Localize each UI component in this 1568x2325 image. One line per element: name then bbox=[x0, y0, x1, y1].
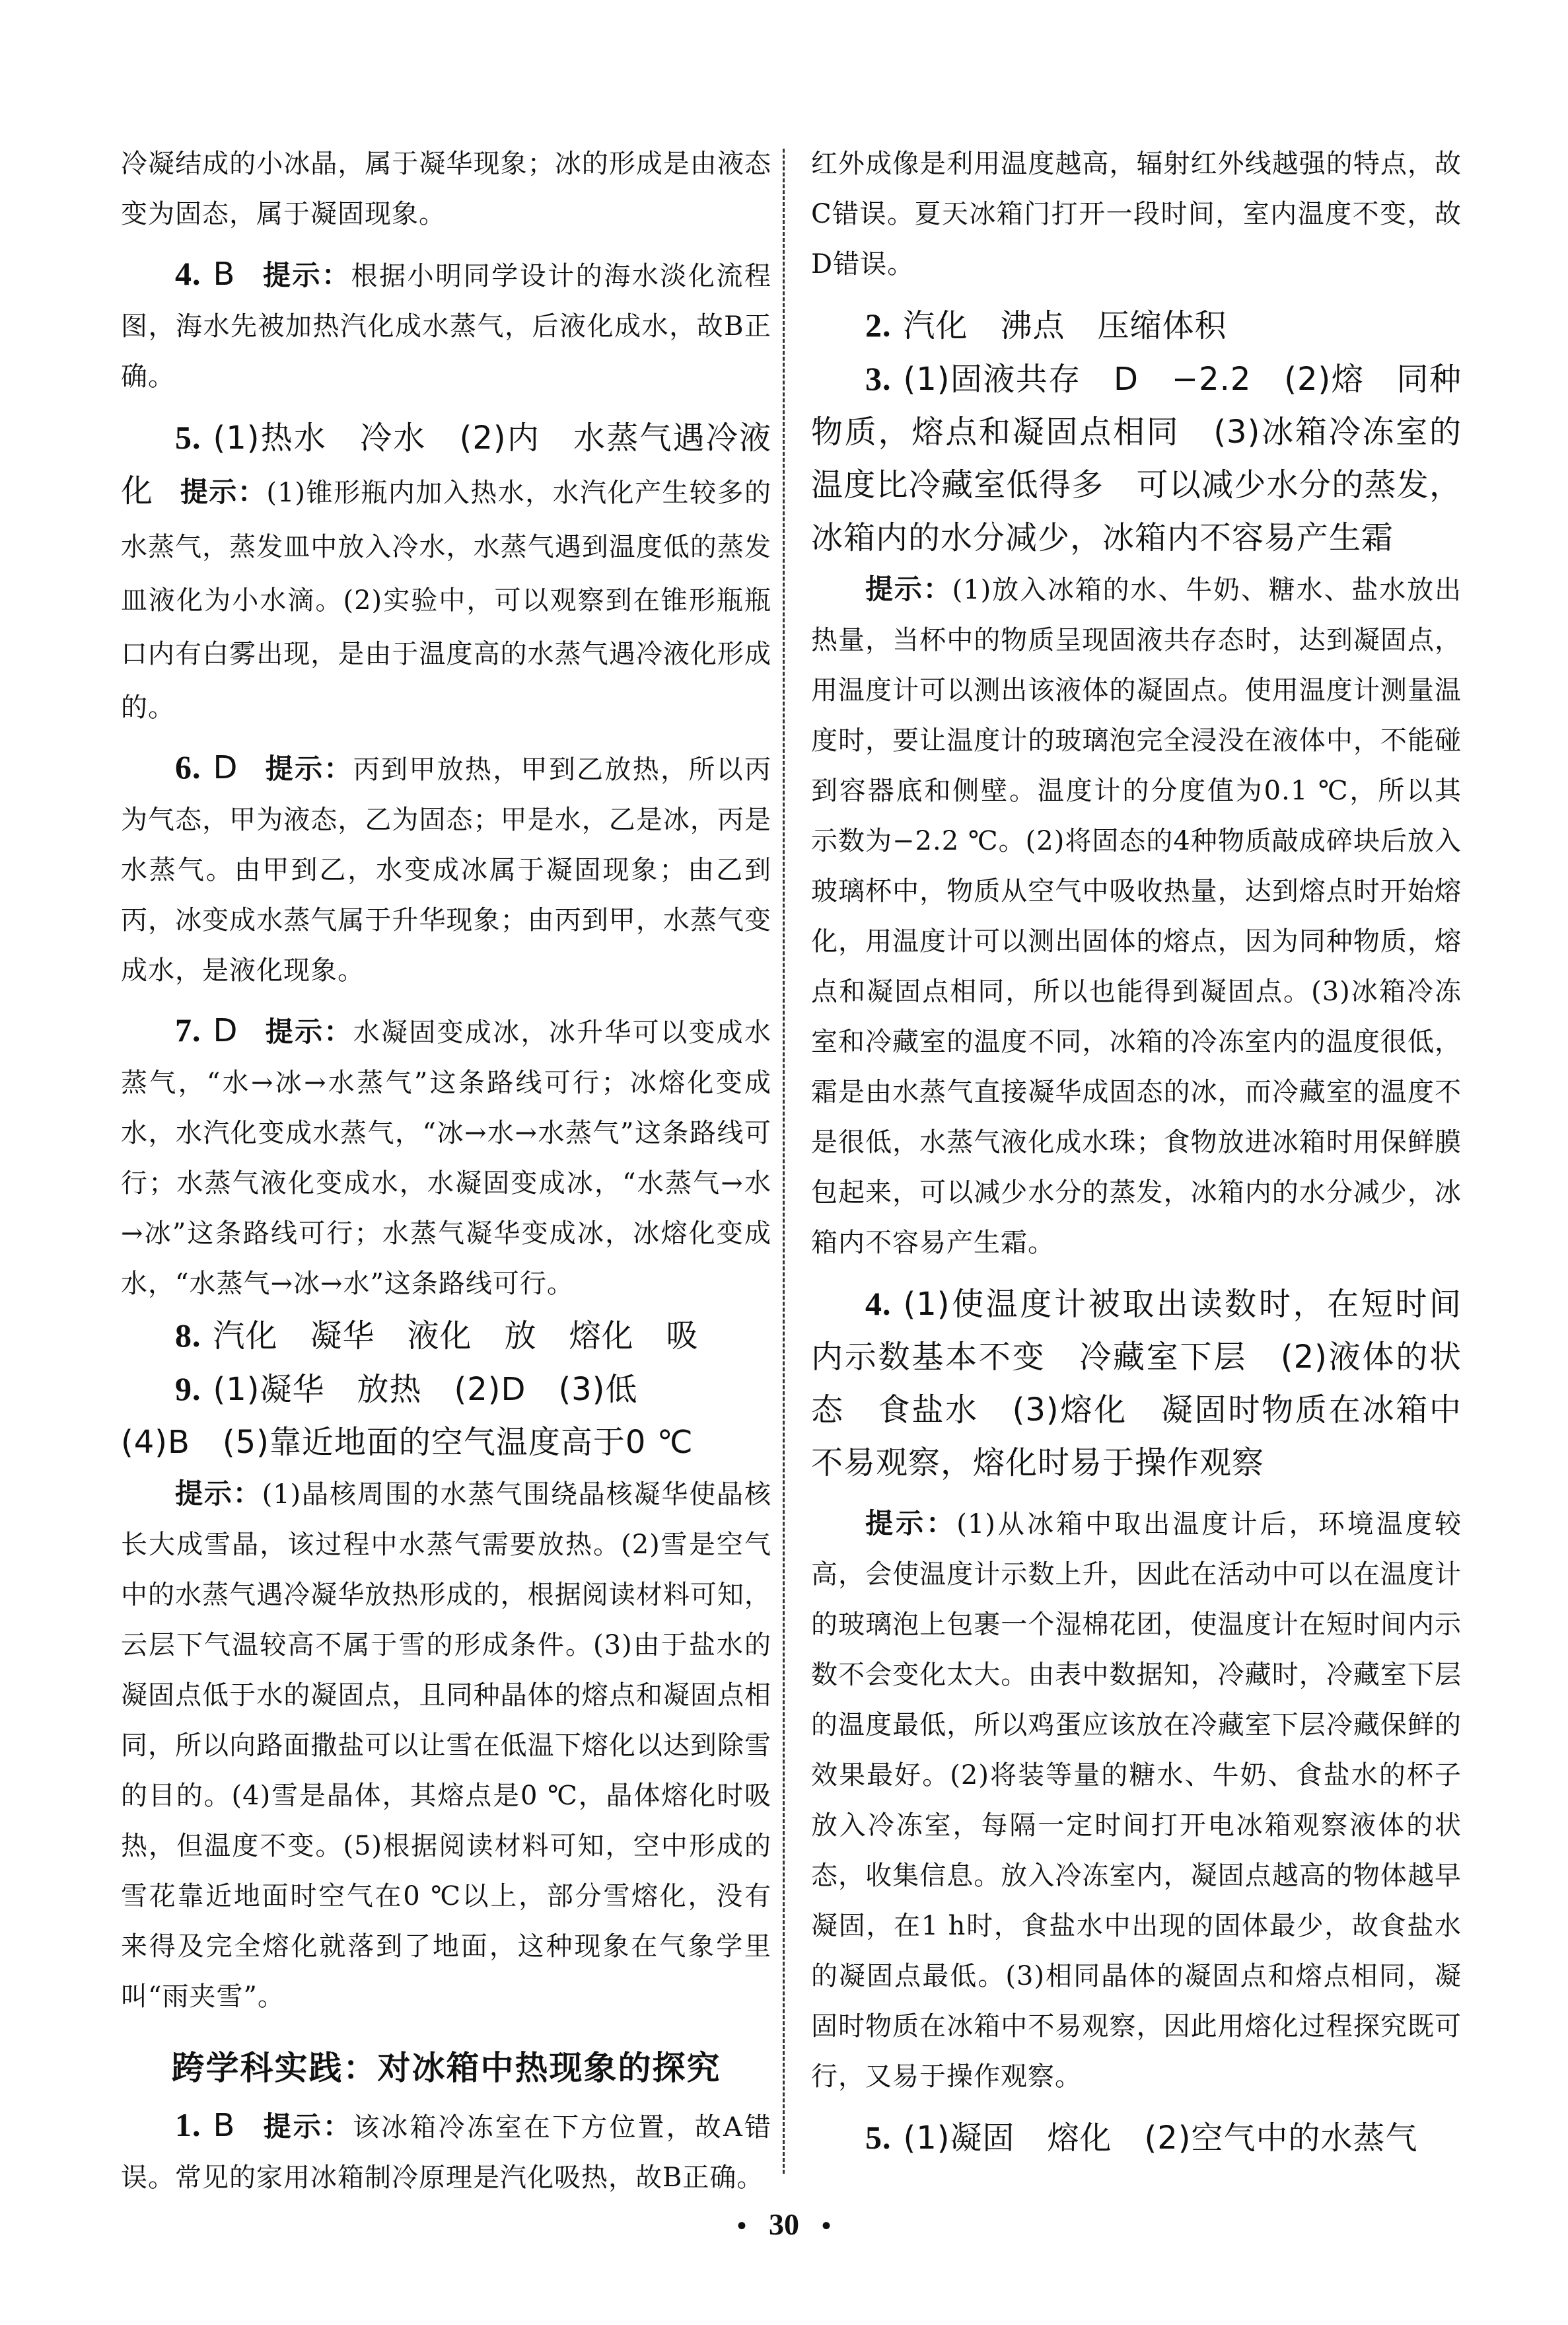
q4-block: 4.B提示：根据小明同学设计的海水淡化流程图，海水先被加热汽化成水蒸气，后液化成… bbox=[121, 248, 771, 402]
q6-answer: D bbox=[213, 749, 238, 786]
q7-hint-label: 提示： bbox=[264, 1015, 353, 1048]
s2-block: 2.汽化 沸点 压缩体积 bbox=[811, 299, 1462, 352]
s4-hint-label: 提示： bbox=[865, 1507, 956, 1539]
section-title: 跨学科实践：对冰箱中热现象的探究 bbox=[121, 2042, 771, 2089]
q4-number: 4. bbox=[175, 255, 201, 292]
q5-hint-label: 提示： bbox=[180, 476, 266, 508]
q6-hint: 丙到甲放热，甲到乙放热，所以丙为气态，甲为液态，乙为固态；甲是水，乙是冰，丙是水… bbox=[121, 755, 771, 986]
page-number-dot-right: • bbox=[822, 2211, 831, 2240]
s2-answer: 汽化 沸点 压缩体积 bbox=[904, 307, 1227, 344]
s3-answer-block: 3.(1)固液共存 D −2.2 (2)熔 同种物质，熔点和凝固点相同 (3)冰… bbox=[811, 352, 1462, 564]
q4-hint-label: 提示： bbox=[262, 259, 351, 291]
q8-number: 8. bbox=[175, 1317, 201, 1354]
q8-answer: 汽化 凝华 液化 放 熔化 吸 bbox=[213, 1317, 699, 1354]
q9-answer-2: (4)B (5)靠近地面的空气温度高于0 ℃ bbox=[121, 1424, 694, 1461]
s1-answer: B bbox=[213, 2107, 236, 2144]
s3-hint: (1)放入冰箱的水、牛奶、糖水、盐水放出热量，当杯中的物质呈现固液共存态时，达到… bbox=[811, 575, 1462, 1258]
s1-block: 1.B提示：该冰箱冷冻室在下方位置，故A错误。常见的家用冰箱制冷原理是汽化吸热，… bbox=[121, 2100, 771, 2203]
column-divider bbox=[783, 149, 785, 2174]
s5-block: 5.(1)凝固 熔化 (2)空气中的水蒸气 bbox=[811, 2111, 1462, 2164]
answer-page: 冷凝结成的小冰晶，属于凝华现象；冰的形成是由液态变为固态，属于凝固现象。 4.B… bbox=[0, 0, 1568, 2325]
page-number: •30• bbox=[0, 2207, 1568, 2242]
s1-cont-text: 红外成像是利用温度越高，辐射红外线越强的特点，故C错误。夏天冰箱门打开一段时间，… bbox=[811, 149, 1462, 279]
s1-continuation: 红外成像是利用温度越高，辐射红外线越强的特点，故C错误。夏天冰箱门打开一段时间，… bbox=[811, 139, 1462, 289]
s4-answer: (1)使温度计被取出读数时，在短时间内示数基本不变 冷藏室下层 (2)液体的状态… bbox=[811, 1286, 1462, 1481]
q9-hint: (1)晶核周围的水蒸气围绕晶核凝华使晶核长大成雪晶，该过程中水蒸气需要放热。(2… bbox=[121, 1479, 771, 2012]
s4-answer-block: 4.(1)使温度计被取出读数时，在短时间内示数基本不变 冷藏室下层 (2)液体的… bbox=[811, 1277, 1462, 1489]
s1-number: 1. bbox=[175, 2106, 201, 2143]
q8-block: 8.汽化 凝华 液化 放 熔化 吸 bbox=[121, 1309, 771, 1362]
q7-number: 7. bbox=[175, 1012, 201, 1049]
q7-answer: D bbox=[213, 1012, 238, 1049]
s3-answer: (1)固液共存 D −2.2 (2)熔 同种物质，熔点和凝固点相同 (3)冰箱冷… bbox=[811, 361, 1462, 556]
s4-hint: (1)从冰箱中取出温度计后，环境温度较高，会使温度计示数上升，因此在活动中可以在… bbox=[811, 1509, 1462, 2092]
page-number-value: 30 bbox=[769, 2207, 799, 2241]
s2-number: 2. bbox=[865, 307, 892, 344]
q3-cont-text: 冷凝结成的小冰晶，属于凝华现象；冰的形成是由液态变为固态，属于凝固现象。 bbox=[121, 149, 771, 229]
s4-number: 4. bbox=[865, 1285, 892, 1322]
q7-block: 7.D提示：水凝固变成冰，冰升华可以变成水蒸气，“水→冰→水蒸气”这条路线可行；… bbox=[121, 1005, 771, 1309]
s3-hint-label: 提示： bbox=[865, 573, 952, 605]
right-column: 红外成像是利用温度越高，辐射红外线越强的特点，故C错误。夏天冰箱门打开一段时间，… bbox=[811, 139, 1462, 2164]
s1-hint-label: 提示： bbox=[262, 2110, 353, 2143]
q9-number: 9. bbox=[175, 1370, 201, 1407]
q5-answer-block: 5.(1)热水 冷水 (2)内 水蒸气遇冷液化提示：(1)锥形瓶内加入热水，水汽… bbox=[121, 411, 771, 733]
q3-continuation: 冷凝结成的小冰晶，属于凝华现象；冰的形成是由液态变为固态，属于凝固现象。 bbox=[121, 139, 771, 239]
s5-answer: (1)凝固 熔化 (2)空气中的水蒸气 bbox=[904, 2120, 1418, 2157]
s5-number: 5. bbox=[865, 2119, 892, 2156]
left-column: 冷凝结成的小冰晶，属于凝华现象；冰的形成是由液态变为固态，属于凝固现象。 4.B… bbox=[121, 139, 771, 2203]
s3-hint-block: 提示：(1)放入冰箱的水、牛奶、糖水、盐水放出热量，当杯中的物质呈现固液共存态时… bbox=[811, 564, 1462, 1268]
q7-hint: 水凝固变成冰，冰升华可以变成水蒸气，“水→冰→水蒸气”这条路线可行；冰熔化变成水… bbox=[121, 1017, 771, 1299]
q9-answer-line1: 9.(1)凝华 放热 (2)D (3)低 bbox=[121, 1362, 771, 1416]
q9-answer-1: (1)凝华 放热 (2)D (3)低 bbox=[213, 1371, 638, 1408]
s4-hint-block: 提示：(1)从冰箱中取出温度计后，环境温度较高，会使温度计示数上升，因此在活动中… bbox=[811, 1498, 1462, 2102]
q6-block: 6.D提示：丙到甲放热，甲到乙放热，所以丙为气态，甲为液态，乙为固态；甲是水，乙… bbox=[121, 742, 771, 996]
q6-hint-label: 提示： bbox=[264, 753, 353, 785]
q6-number: 6. bbox=[175, 749, 201, 786]
s3-number: 3. bbox=[865, 360, 892, 397]
q5-hint: (1)锥形瓶内加入热水，水汽化产生较多的水蒸气，蒸发皿中放入冷水，水蒸气遇到温度… bbox=[121, 478, 771, 723]
q5-number: 5. bbox=[175, 419, 201, 456]
q9-hint-label: 提示： bbox=[175, 1477, 262, 1510]
q9-hint-block: 提示：(1)晶核周围的水蒸气围绕晶核凝华使晶核长大成雪晶，该过程中水蒸气需要放热… bbox=[121, 1469, 771, 2022]
page-number-dot-left: • bbox=[737, 2211, 746, 2240]
q9-answer-line2: (4)B (5)靠近地面的空气温度高于0 ℃ bbox=[121, 1416, 771, 1469]
q4-answer: B bbox=[213, 256, 236, 293]
